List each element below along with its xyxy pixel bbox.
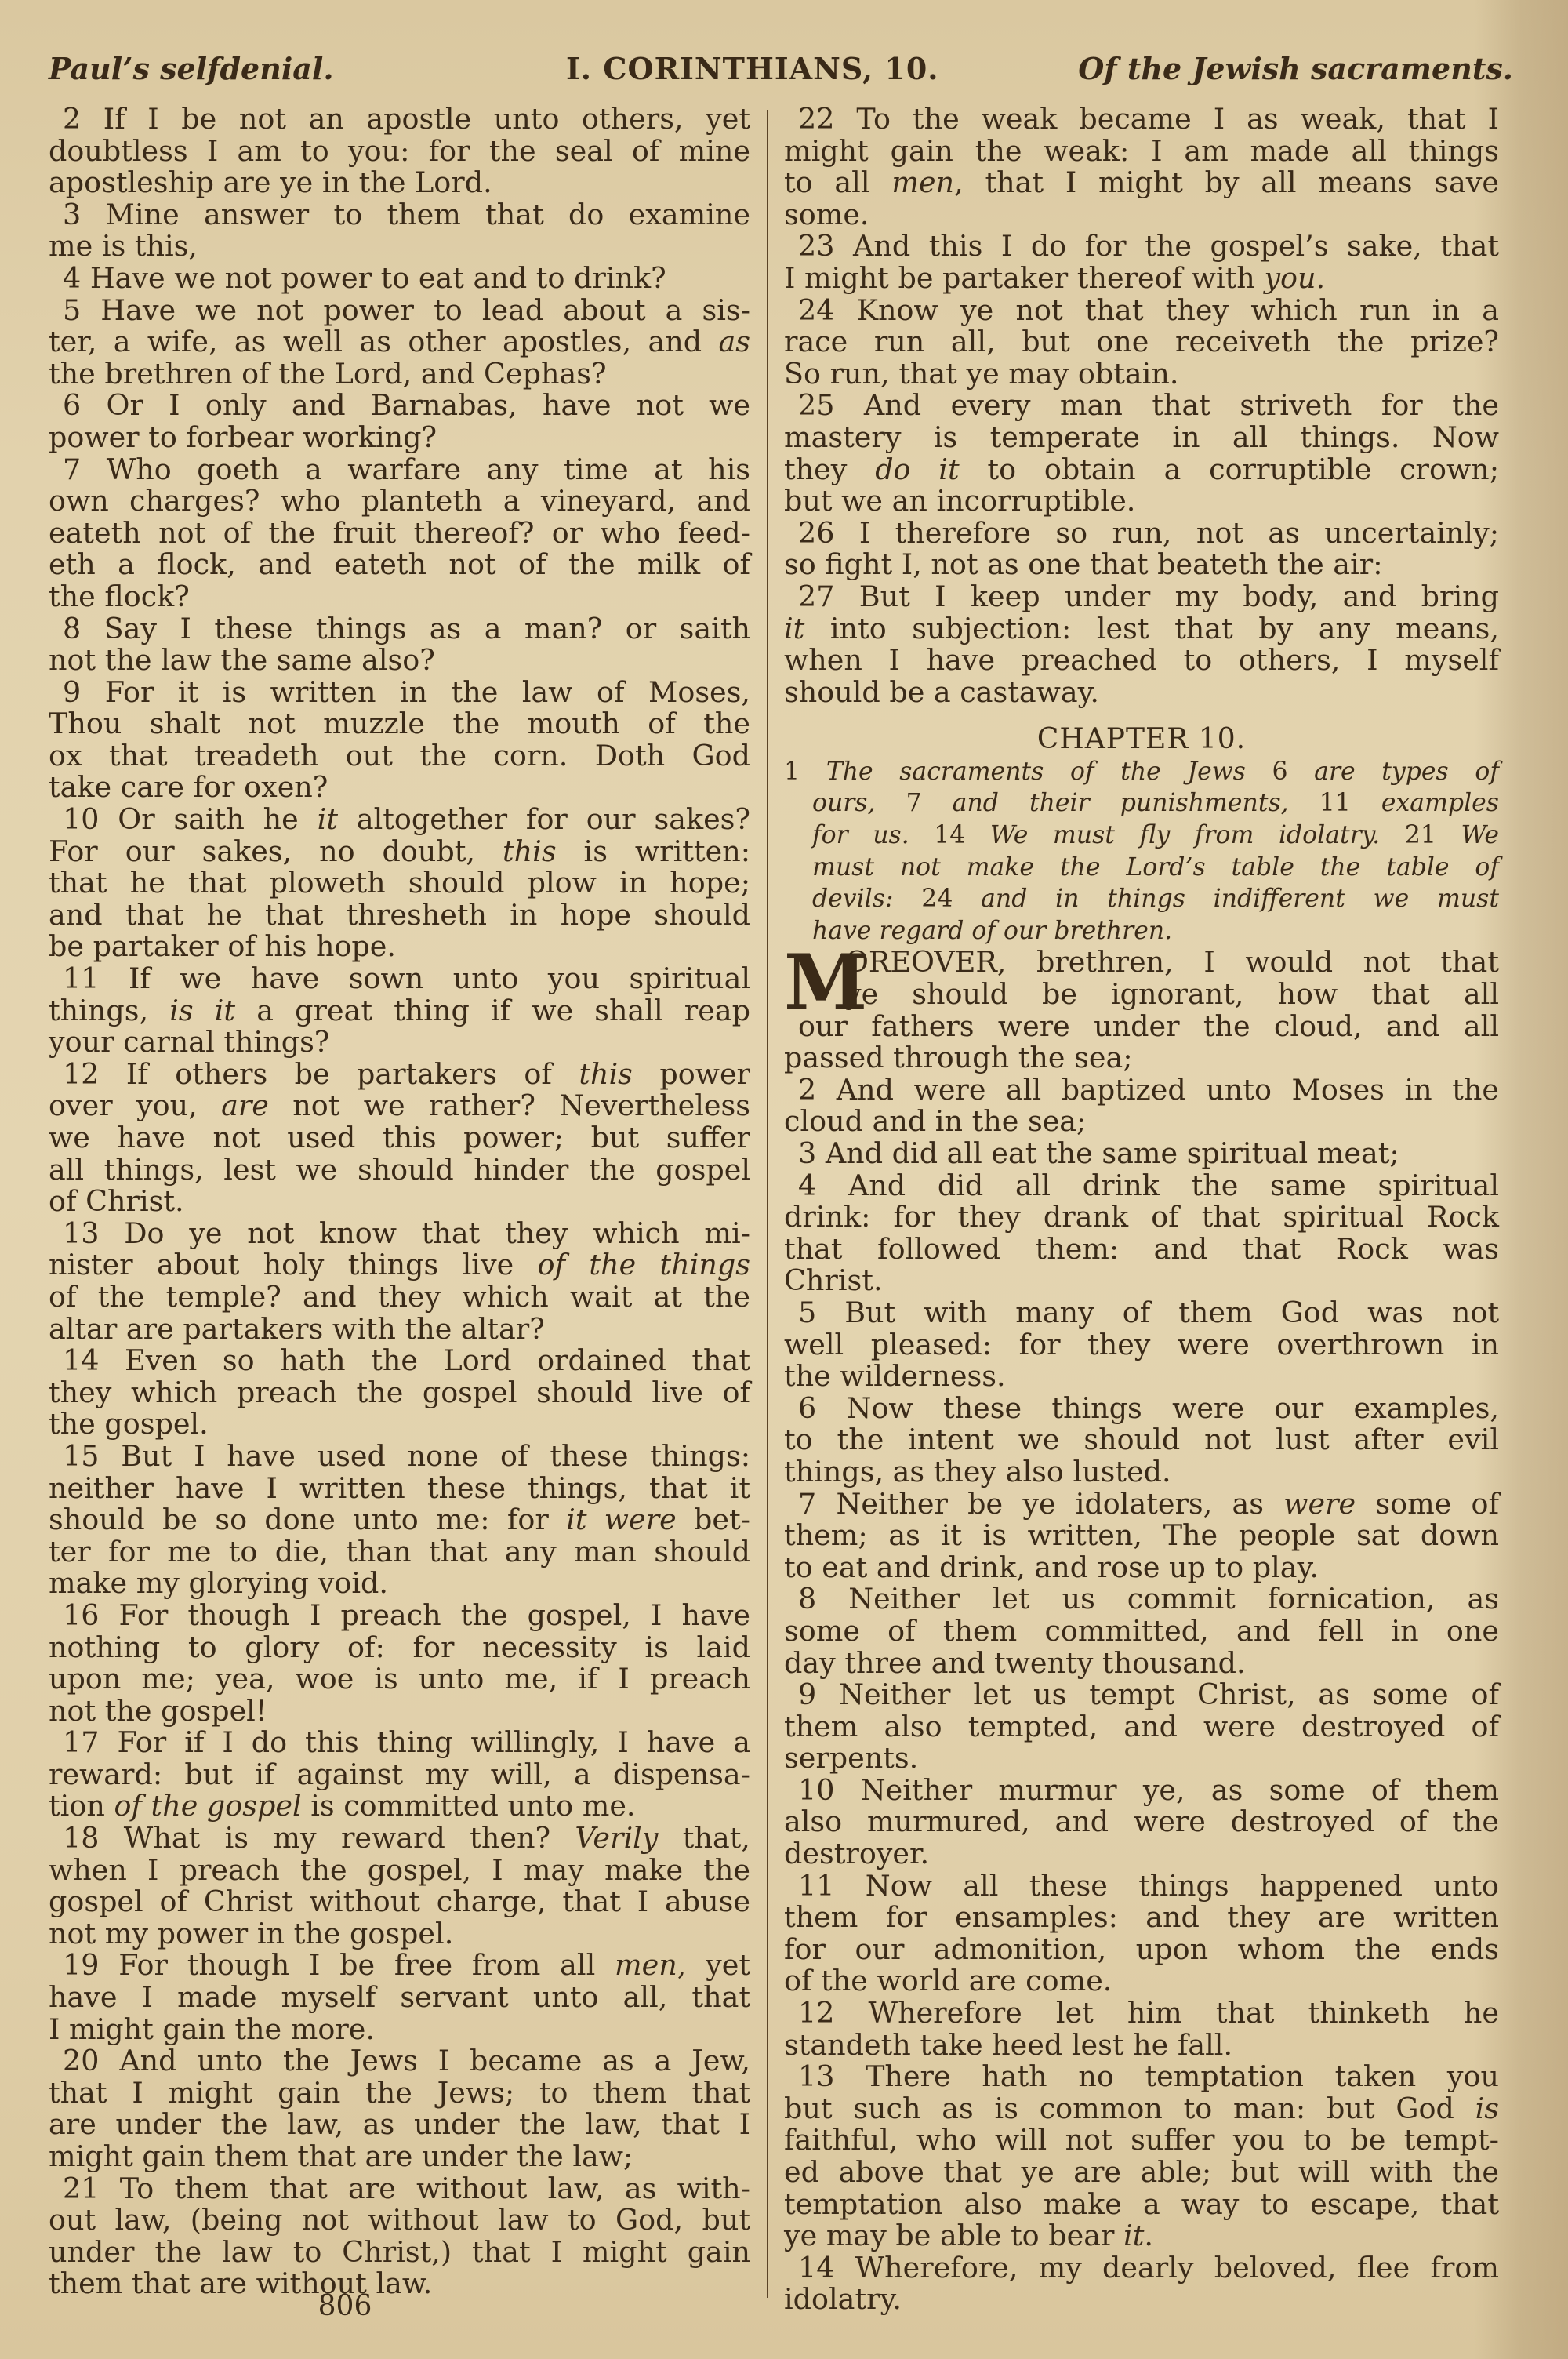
text-run: not the gospel! [49,1694,267,1728]
text-run: altogether for our sakes? [338,802,750,836]
verse-2: 2 And were all baptized unto Moses in th… [784,1074,1499,1138]
verse-line: to eat and drink, and rose up to play. [784,1552,1499,1584]
verse-line: I might gain the more. [49,2014,750,2046]
verse-line: make my glorying void. [49,1568,750,1600]
verse-26: 26 I therefore so run, not as uncertainl… [784,518,1499,581]
text-run: is committed unto me. [302,1789,636,1823]
text-run: of Christ. [49,1184,184,1218]
verse-line: neither have I written these things, tha… [49,1473,750,1505]
text-run: that, [658,1821,750,1855]
verse-line: 7 Who goeth a warfare any time at his [49,454,750,486]
verse-line: they which preach the gospel should live… [49,1377,750,1409]
text-run: but we an incorruptible. [784,484,1135,518]
text-run: standeth take heed lest he fall. [784,2028,1232,2062]
verse-line: under the law to Christ,) that I might g… [49,2237,750,2269]
opening-line-2: ye should be ignorant, how that all [784,979,1499,1011]
italic-run: you [1264,261,1316,295]
text-run: are types of [1314,758,1499,786]
verse-line: 11 Now all these things happened unto [784,1870,1499,1903]
text-run: So run, that ye may obtain. [784,357,1178,391]
text-run: gospel of Christ without charge, that I … [49,1885,750,1918]
summary-line: ours, 7 and their punishments, 11 exampl… [784,787,1499,820]
verse-line: the gospel. [49,1408,750,1441]
text-run: I might gain the more. [49,2012,375,2046]
verse-line: 20 And unto the Jews I became as a Jew, [49,2045,750,2077]
verse-line: 10 Neither murmur ye, as some of them [784,1775,1499,1807]
verse-line: day three and twenty thousand. [784,1648,1499,1680]
text-run: apostleship are ye in the Lord. [49,165,492,199]
text-run: 16 For though I preach the gospel, I hav… [63,1598,750,1632]
verse-line: to all men, that I might by all means sa… [784,167,1499,199]
verse-line: own charges? who planteth a vineyard, an… [49,485,750,518]
text-run: so fight I, not as one that beateth the … [784,547,1383,581]
verse-8: 8 Say I these things as a man? or saithn… [49,613,750,677]
text-run: , that I might by all means save [954,165,1499,199]
text-run: under the law to Christ,) that I might g… [49,2235,750,2269]
italic-run: men [891,165,954,199]
italic-run: men [615,1948,677,1982]
text-run: things, [49,994,169,1027]
text-run: race run all, but one receiveth the priz… [784,325,1499,358]
text-run: take care for oxen? [49,770,328,804]
verse-20: 20 And unto the Jews I became as a Jew,t… [49,2045,750,2172]
text-run: out law, (being not without law to God, … [49,2203,750,2237]
verse-line: apostleship are ye in the Lord. [49,167,750,199]
verse-23: 23 And this I do for the gospel’s sake, … [784,231,1499,294]
verse-line: 12 Wherefore let him that thinketh he [784,1997,1499,2030]
verse-25: 25 And every man that striveth for thema… [784,390,1499,517]
right-column: 22 To the weak became I as weak, that Im… [784,104,1499,2316]
running-header: Paul’s selfdenial. I. CORINTHIANS, 10. O… [49,45,1513,93]
verse-ref: 21 [1405,821,1461,849]
text-run: are under the law, as under the law, tha… [49,2107,750,2141]
summary-line: must not make the Lord’s table the table… [784,852,1499,884]
text-run: our fathers were under the cloud, and al… [798,1009,1499,1043]
verse-line: 9 Neither let us tempt Christ, as some o… [784,1679,1499,1711]
verse-line: but such as is common to man: but God is [784,2093,1499,2125]
verse-line: 24 Know ye not that they which run in a [784,295,1499,327]
verse-line: 18 What is my reward then? Verily that, [49,1823,750,1855]
text-run: make my glorying void. [49,1566,388,1600]
opening-line-1: OREOVER, brethren, I would not that [784,947,1499,979]
italic-run: as [719,325,751,358]
verse-line: reward: but if against my will, a dispen… [49,1759,750,1791]
text-run: day three and twenty thousand. [784,1646,1246,1680]
text-run: We must fly from idolatry. [990,821,1405,849]
text-run: is written: [557,834,750,868]
verse-line: them; as it is written, The people sat d… [784,1520,1499,1552]
text-run: own charges? who planteth a vineyard, an… [49,484,750,518]
text-run: 25 And every man that striveth for the [798,388,1499,422]
verse-line: them that are without law. [49,2268,750,2300]
text-run: devils: [812,885,921,913]
verse-line: them for ensamples: and they are written [784,1902,1499,1934]
italic-run: is [1475,2092,1499,2125]
chapter-opening: M OREOVER, brethren, I would not that ye… [784,947,1499,1010]
text-run: 10 Neither murmur ye, as some of them [798,1773,1499,1807]
verse-5: 5 Have we not power to lead about a sis-… [49,295,750,391]
text-run: 9 For it is written in the law of Moses, [63,675,750,709]
verse-line: I might be partaker thereof with you. [784,263,1499,295]
text-run: temptation also make a way to escape, th… [784,2187,1499,2221]
text-run: and that he that thresheth in hope shoul… [49,898,750,932]
text-run: doubtless I am to you: for the seal of m… [49,134,750,168]
verse-line: some. [784,199,1499,231]
verse-line: 15 But I have used none of these things: [49,1441,750,1473]
verse-line: tion of the gospel is committed unto me. [49,1790,750,1823]
italic-run: are [221,1089,269,1122]
verse-ref: 1 [784,758,826,786]
verse-13: 13 There hath no temptation taken youbut… [784,2061,1499,2252]
verse-line: it into subjection: lest that by any mea… [784,613,1499,645]
verse-line: have I made myself servant unto all, tha… [49,1982,750,2014]
verse-line: 10 Or saith he it altogether for our sak… [49,804,750,836]
text-run: not we rather? Nevertheless [269,1089,750,1122]
verse-line: should be so done unto me: for it were b… [49,1504,750,1536]
text-run: eth a flock, and eateth not of the milk … [49,547,750,581]
verse-line: standeth take heed lest he fall. [784,2030,1499,2062]
text-run: 11 If we have sown unto you spiritual [63,961,750,995]
text-run: ye may be able to bear [784,2219,1123,2252]
text-run: might gain them that are under the law; [49,2139,633,2173]
text-run: that he that ploweth should plow in hope… [49,866,750,900]
verse-7: 7 Who goeth a warfare any time at hisown… [49,454,750,613]
text-run: have I made myself servant unto all, tha… [49,1980,750,2014]
text-run: 4 Have we not power to eat and to drink? [63,261,666,295]
verse-11: 11 If we have sown unto you spiritualthi… [49,963,750,1059]
text-run: destroyer. [784,1837,929,1870]
verse-line: 9 For it is written in the law of Moses, [49,677,750,709]
text-run: the wilderness. [784,1359,1006,1393]
verse-line: So run, that ye may obtain. [784,358,1499,391]
text-run: ter for me to die, than that any man sho… [49,1535,750,1568]
italic-run: this [503,834,557,868]
verse-line: the wilderness. [784,1361,1499,1393]
text-run: ter, a wife, as well as other apostles, … [49,325,719,358]
verse-line: well pleased: for they were overthrown i… [784,1329,1499,1361]
text-run: might gain the weak: I am made all thing… [784,134,1499,168]
verse-line: the brethren of the Lord, and Cephas? [49,358,750,391]
text-run: I might be partaker thereof with [784,261,1264,295]
verse-line: serpents. [784,1743,1499,1775]
italic-run: it [1123,2219,1144,2252]
text-run: the gospel. [49,1407,209,1441]
text-run: 23 And this I do for the gospel’s sake, … [798,229,1499,263]
verse-line: that I might gain the Jews; to them that [49,2077,750,2110]
verses-chapter-10: our fathers were under the cloud, and al… [784,1011,1499,2316]
text-run: 13 There hath no temptation taken you [798,2059,1499,2093]
text-run: that I might gain the Jews; to them that [49,2076,750,2110]
italic-run: Verily [575,1821,658,1855]
verse-line: ye may be able to bear it. [784,2220,1499,2252]
text-run: cloud and in the sea; [784,1104,1086,1138]
text-run: 14 Even so hath the Lord ordained that [63,1343,750,1377]
left-column: 2 If I be not an apostle unto others, ye… [49,104,750,2300]
verse-line: race run all, but one receiveth the priz… [784,326,1499,358]
verse-line: 12 If others be partakers of this power [49,1059,750,1091]
text-run: 3 And did all eat the same spiritual mea… [798,1136,1399,1170]
verse-line: that he that ploweth should plow in hope… [49,867,750,900]
verse-line: 17 For if I do this thing willingly, I h… [49,1727,750,1759]
text-run: 2 And were all baptized unto Moses in th… [798,1073,1499,1107]
verse-line: drink: for they drank of that spiritual … [784,1201,1499,1234]
verse-line: out law, (being not without law to God, … [49,2205,750,2237]
verse-6: 6 Or I only and Barnabas, have not wepow… [49,390,750,453]
verse-2: 2 If I be not an apostle unto others, ye… [49,104,750,199]
verse-line: over you, are not we rather? Nevertheles… [49,1090,750,1122]
italic-run: do it [875,453,959,486]
verse-line: 6 Now these things were our examples, [784,1393,1499,1425]
verse-11: 11 Now all these things happened untothe… [784,1870,1499,1997]
verse-9: 9 For it is written in the law of Moses,… [49,677,750,804]
verse-27: 27 But I keep under my body, and bringit… [784,581,1499,708]
verse-line: idolatry. [784,2284,1499,2316]
verse-12: 12 If others be partakers of this powero… [49,1059,750,1218]
text-run: not the law the same also? [49,643,435,677]
italic-run: is it [169,994,235,1027]
verse-line: your carnal things? [49,1027,750,1059]
verse-ref: 11 [1319,789,1381,817]
text-run: faithful, who will not suffer you to be … [784,2123,1499,2157]
verse-line: power to forbear working? [49,422,750,454]
text-run: 6 Or I only and Barnabas, have not we [63,388,750,422]
text-run: neither have I written these things, tha… [49,1471,750,1505]
text-run: , yet [677,1948,750,1982]
text-run: . [1316,261,1326,295]
verse-9: 9 Neither let us tempt Christ, as some o… [784,1679,1499,1775]
verse-line: ter for me to die, than that any man sho… [49,1536,750,1568]
verse-line: of Christ. [49,1186,750,1218]
text-run: we have not used this power; but suffer [49,1121,750,1154]
verse-line: 8 Say I these things as a man? or saith [49,613,750,645]
verse-14: 14 Wherefore, my dearly beloved, flee fr… [784,2252,1499,2316]
text-run: to the intent we should not lust after e… [784,1423,1499,1456]
verse-line: take care for oxen? [49,772,750,804]
verse-line: not the gospel! [49,1696,750,1728]
verse-ref: 7 [906,789,953,817]
verse-line: for our admonition, upon whom the ends [784,1934,1499,1966]
verse-line: 5 Have we not power to lead about a sis- [49,295,750,327]
text-run: them also tempted, and were destroyed of [784,1710,1499,1743]
text-run: Thou shalt not muzzle the mouth of the [49,707,750,740]
verse-12: 12 Wherefore let him that thinketh hesta… [784,1997,1499,2061]
text-run: 3 Mine answer to them that do examine [63,198,750,231]
verse-19: 19 For though I be free from all men, ye… [49,1950,750,2045]
text-run: the flock? [49,580,190,613]
page-number: 806 [298,2290,392,2322]
verse-6: 6 Now these things were our examples,to … [784,1393,1499,1488]
verse-line: all things, lest we should hinder the go… [49,1154,750,1187]
verse-line: are under the law, as under the law, tha… [49,2109,750,2141]
verse-line: altar are partakers with the altar? [49,1314,750,1346]
verse-18: 18 What is my reward then? Verily that,w… [49,1823,750,1950]
verse-line: that followed them: and that Rock was [784,1234,1499,1266]
italic-run: were [1283,1487,1356,1521]
text-run: tion [49,1789,114,1823]
text-run: them; as it is written, The people sat d… [784,1518,1499,1552]
text-run: 13 Do ye not know that they which mi- [63,1216,750,1250]
verse-line: 7 Neither be ye idolaters, as were some … [784,1488,1499,1521]
header-right-caption: Of the Jewish sacraments. [1078,45,1513,93]
verse-line: 3 Mine answer to them that do examine [49,199,750,231]
text-run: 8 Neither let us commit fornication, as [798,1582,1499,1616]
text-run: 7 Neither be ye idolaters, as [798,1487,1283,1521]
verse-line: and that he that thresheth in hope shoul… [49,900,750,932]
text-run: power [633,1057,750,1091]
verse-line: 23 And this I do for the gospel’s sake, … [784,231,1499,263]
verse-line: not the law the same also? [49,645,750,677]
text-run: must not make the Lord’s table the table… [812,853,1499,881]
verse-16: 16 For though I preach the gospel, I hav… [49,1600,750,1727]
verse-line: they do it to obtain a corruptible crown… [784,454,1499,486]
book-page: Paul’s selfdenial. I. CORINTHIANS, 10. O… [0,0,1568,2359]
text-run: should be a castaway. [784,675,1099,709]
verse-line: 22 To the weak became I as weak, that I [784,104,1499,136]
verse-4: 4 And did all drink the same spiritualdr… [784,1170,1499,1297]
verse-line: nister about holy things live of the thi… [49,1249,750,1281]
verse-line: 13 There hath no temptation taken you [784,2061,1499,2093]
verse-line: but we an incorruptible. [784,485,1499,518]
text-run: power to forbear working? [49,420,437,454]
verse-line: destroyer. [784,1838,1499,1870]
text-run: to obtain a corruptible crown; [960,453,1499,486]
text-run: reward: but if against my will, a dispen… [49,1757,750,1791]
verse-line: when I have preached to others, I myself [784,645,1499,677]
text-run: 7 Who goeth a warfare any time at his [63,453,750,486]
verse-line: not my power in the gospel. [49,1918,750,1950]
text-run: also murmured, and were destroyed of the [784,1805,1499,1838]
text-run: 17 For if I do this thing willingly, I h… [63,1725,750,1759]
verse-line: 3 And did all eat the same spiritual mea… [784,1138,1499,1170]
text-run: 24 Know ye not that they which run in a [798,293,1499,327]
text-run: your carnal things? [49,1025,329,1059]
text-run: well pleased: for they were overthrown i… [784,1328,1499,1361]
text-run: ox that treadeth out the corn. Doth God [49,739,750,772]
text-run: ed above that ye are able; but will with… [784,2155,1499,2189]
verse-line: should be a castaway. [784,677,1499,709]
text-run: and their punishments, [953,789,1319,817]
text-run: to all [784,165,891,199]
italic-run: of the gospel [114,1789,301,1823]
text-run: 6 Now these things were our examples, [798,1391,1499,1425]
verse-ref: 24 [921,885,981,913]
text-run: be partaker of his hope. [49,929,396,963]
text-run: 22 To the weak became I as weak, that I [798,102,1499,136]
verse-line: be partaker of his hope. [49,931,750,963]
verse-line: the flock? [49,581,750,613]
verse-ref: 14 [934,821,990,849]
verse-line: we have not used this power; but suffer [49,1122,750,1154]
verse-line: might gain the weak: I am made all thing… [784,136,1499,168]
verse-line: 4 Have we not power to eat and to drink? [49,263,750,295]
verse-line: 26 I therefore so run, not as uncertainl… [784,518,1499,550]
text-run: 2 If I be not an apostle unto others, ye… [63,102,750,136]
verse-line: nothing to glory of: for necessity is la… [49,1632,750,1664]
summary-line: 1 The sacraments of the Jews 6 are types… [784,756,1499,788]
text-run: when I preach the gospel, I may make the [49,1853,750,1887]
verse-21: 21 To them that are without law, as with… [49,2173,750,2300]
verse-line: Thou shalt not muzzle the mouth of the [49,708,750,740]
verse-line: things, as they also lusted. [784,1456,1499,1488]
text-run: a great thing if we shall reap [235,994,750,1027]
text-run: . [1144,2219,1153,2252]
verse-line: ter, a wife, as well as other apostles, … [49,326,750,358]
verse-line: cloud and in the sea; [784,1106,1499,1138]
verse-line: eateth not of the fruit thereof? or who … [49,518,750,550]
verse-line: 13 Do ye not know that they which mi- [49,1218,750,1250]
text-run: to eat and drink, and rose up to play. [784,1550,1319,1584]
verse-line: so fight I, not as one that beateth the … [784,549,1499,581]
text-run: Christ. [784,1263,883,1297]
italic-run: it were [566,1503,677,1536]
text-run: mastery is temperate in all things. Now [784,420,1499,454]
verse-15: 15 But I have used none of these things:… [49,1441,750,1600]
verse-line: 8 Neither let us commit fornication, as [784,1583,1499,1616]
verse-4: 4 Have we not power to eat and to drink? [49,263,750,295]
text-run: things, as they also lusted. [784,1455,1171,1488]
verse-line: might gain them that are under the law; [49,2141,750,2173]
chapter-summary: 1 The sacraments of the Jews 6 are types… [784,756,1499,947]
text-run: the brethren of the Lord, and Cephas? [49,357,607,391]
summary-line: devils: 24 and in things indifferent we … [784,883,1499,915]
verse-17: 17 For if I do this thing willingly, I h… [49,1727,750,1823]
verse-line: 21 To them that are without law, as with… [49,2173,750,2205]
verse-24: 24 Know ye not that they which run in ar… [784,295,1499,391]
verse-5: 5 But with many of them God was notwell … [784,1297,1499,1393]
verse-1: our fathers were under the cloud, and al… [784,1011,1499,1074]
text-run: for our admonition, upon whom the ends [784,1932,1499,1966]
text-run: and in things indifferent we must [981,885,1499,913]
verse-8: 8 Neither let us commit fornication, ass… [784,1583,1499,1679]
chapter-heading: CHAPTER 10. [784,724,1499,756]
verse-line: of the temple? and they which wait at th… [49,1281,750,1314]
header-left-caption: Paul’s selfdenial. [49,45,334,93]
text-run: idolatry. [784,2282,902,2316]
italic-run: it [784,612,804,645]
text-run: 26 I therefore so run, not as uncertainl… [798,516,1499,550]
text-run: me is this, [49,229,198,263]
text-run: some of them committed, and fell in one [784,1614,1499,1648]
verse-line: 25 And every man that striveth for the [784,390,1499,422]
text-run: 9 Neither let us tempt Christ, as some o… [798,1677,1499,1711]
text-run: 5 Have we not power to lead about a sis- [63,293,750,327]
italic-run: it [318,802,338,836]
verse-3: 3 Mine answer to them that do examineme … [49,199,750,263]
italic-run: this [579,1057,633,1091]
verse-line: to the intent we should not lust after e… [784,1424,1499,1456]
text-run: The sacraments of the Jews [826,758,1272,786]
text-run: they [784,453,875,486]
text-run: not my power in the gospel. [49,1917,453,1950]
text-run: 18 What is my reward then? [63,1821,575,1855]
text-run: passed through the sea; [784,1041,1133,1074]
verse-7: 7 Neither be ye idolaters, as were some … [784,1488,1499,1584]
text-run: We [1461,821,1499,849]
text-run: 27 But I keep under my body, and bring [798,580,1499,613]
verse-line: doubtless I am to you: for the seal of m… [49,136,750,168]
text-run: 5 But with many of them God was not [798,1296,1499,1329]
verse-line: For our sakes, no doubt, this is written… [49,836,750,868]
verse-ref: 6 [1272,758,1314,786]
verse-line: passed through the sea; [784,1042,1499,1074]
verse-line: 6 Or I only and Barnabas, have not we [49,390,750,422]
verse-14: 14 Even so hath the Lord ordained thatth… [49,1345,750,1441]
text-run: serpents. [784,1741,918,1775]
verse-line: 19 For though I be free from all men, ye… [49,1950,750,1982]
text-run: bet- [677,1503,750,1536]
italic-run: of the things [538,1248,750,1281]
text-run: for us. [812,821,934,849]
